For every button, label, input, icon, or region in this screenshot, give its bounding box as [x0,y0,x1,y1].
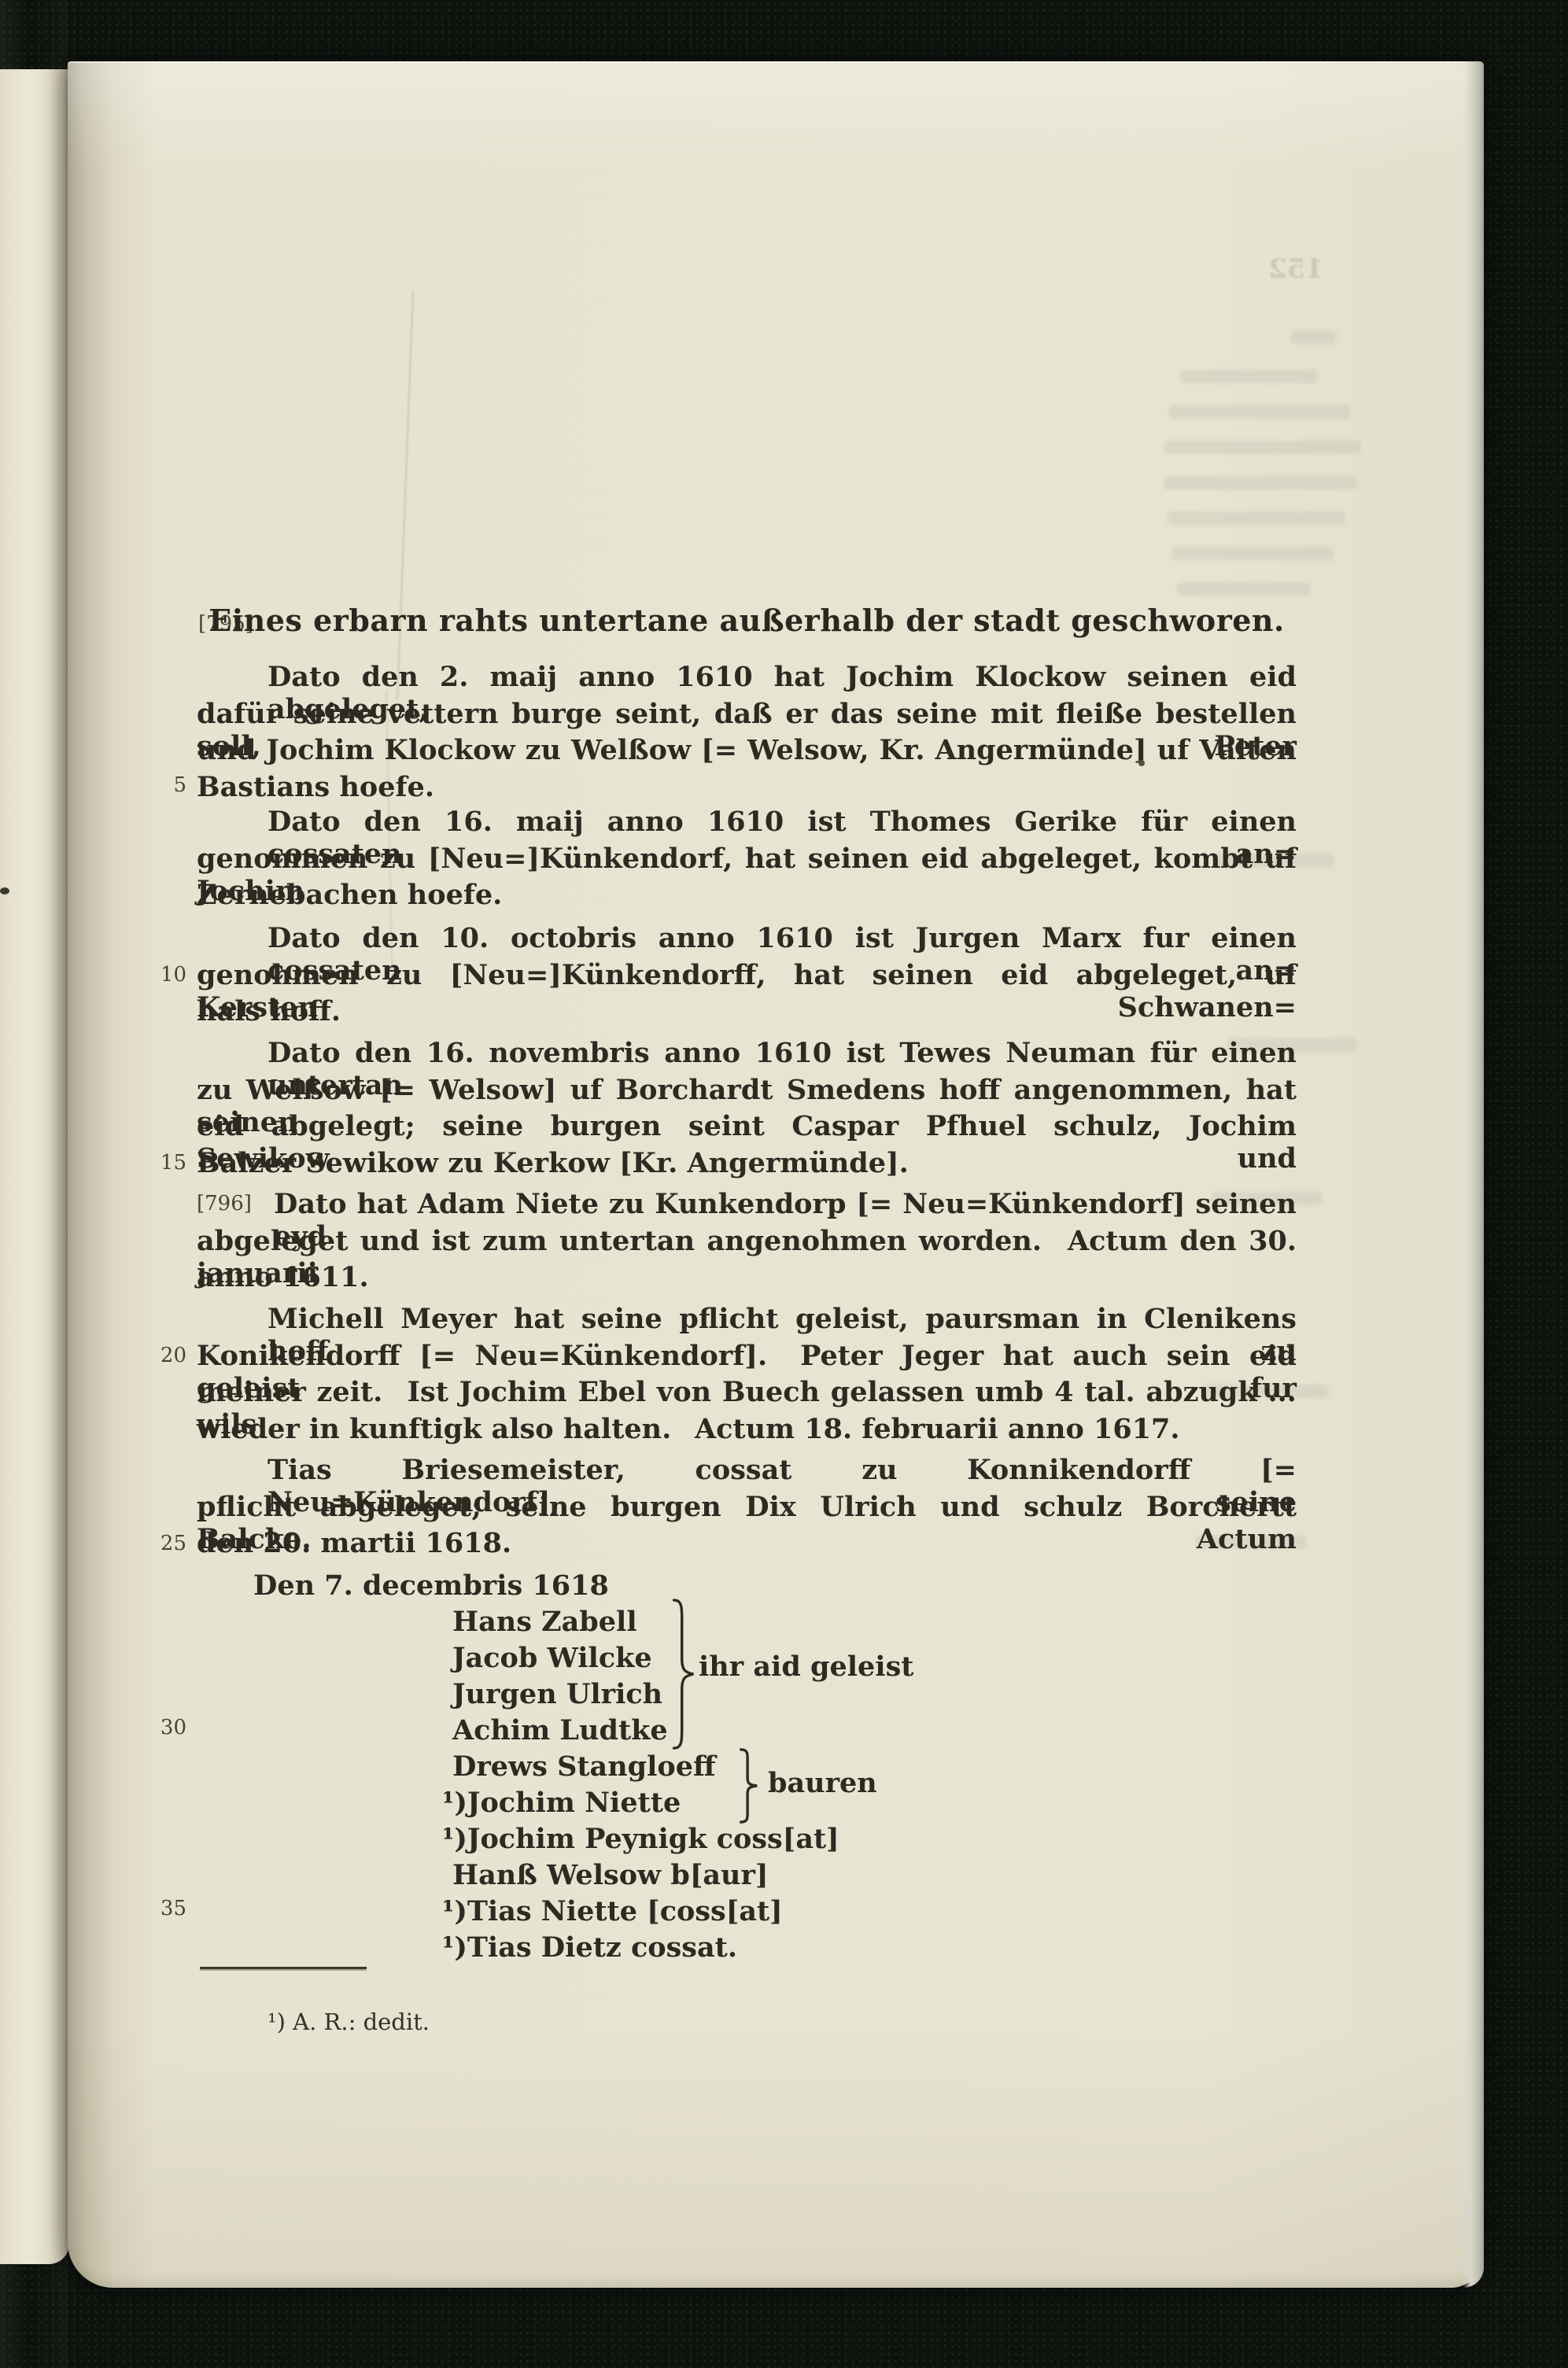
oath-list-name: Jurgen Ulrich [452,1678,662,1710]
ghost-text-bar [1164,476,1357,489]
oath-list-name: ¹)Jochim Peynigk coss[at] [442,1823,839,1855]
oath-list-name: ¹)Tias Niette [coss[at] [442,1895,783,1927]
edge-mark [0,887,9,894]
ghost-text-bar [1169,405,1350,419]
oath-list-name: ¹)Tias Dietz cossat. [442,1931,737,1964]
ghost-text-bar [1164,441,1361,454]
ghost-page-number: 152 [1268,253,1324,285]
text-line: und Jochim Klockow zu Welßow [= Welsow, … [197,734,1297,766]
text-line: hals hoff. [197,995,1297,1027]
ghost-text-bar [1180,370,1318,383]
oath-list-name: Hans Zabell [452,1606,637,1638]
page-fore-edge [1463,61,1484,2288]
brace-icon [670,1597,697,1751]
margin-line-number: 25 [139,1532,186,1555]
section-number-marker: [796] [197,1192,252,1215]
ghost-text-bar [1168,511,1345,525]
ghost-text-bar [1177,582,1311,596]
text-line: Bastians hoefe. [197,771,1297,803]
book-page-scan: 152 [795] Eines erbarn rahts untertane a… [0,0,1568,2368]
margin-line-number: 20 [139,1344,186,1367]
margin-line-number: 30 [139,1716,186,1739]
footnote: ¹) A. R.: dedit. [267,2008,430,2035]
margin-line-number: 35 [139,1897,186,1920]
ghost-text-bar [1290,330,1336,344]
previous-page-edge [0,69,69,2264]
section-heading: Eines erbarn rahts untertane außerhalb d… [197,603,1297,638]
text-line: anno 1611. [197,1261,1297,1293]
text-line: Balzer Sewikow zu Kerkow [Kr. Angermünde… [197,1147,1297,1179]
paper-crease [397,291,414,700]
oath-group-label: ihr aid geleist [699,1651,913,1683]
oath-list-name: Jacob Wilcke [452,1642,652,1674]
oath-group-label: bauren [768,1767,877,1799]
oath-list-name: Hanß Welsow b[aur] [452,1859,769,1891]
oath-list-date-heading: Den 7. decembris 1618 [253,1569,609,1602]
ink-speck [1138,760,1145,766]
oath-list-name: Drews Stangloeff [452,1750,716,1783]
margin-line-number: 15 [139,1151,186,1175]
footnote-separator-rule [200,1967,367,1969]
oath-list-name: ¹)Jochim Niette [442,1787,681,1819]
margin-line-number: 5 [139,773,186,797]
text-line: Zernebachen hoefe. [197,879,1297,911]
text-line: den 20. martii 1618. [197,1527,1297,1559]
margin-line-number: 10 [139,963,186,987]
ghost-text-bar [1172,547,1334,560]
text-line: wieder in kunftigk also halten. Actum 18… [197,1413,1297,1445]
oath-list-name: Achim Ludtke [452,1714,668,1746]
brace-icon [738,1748,760,1824]
